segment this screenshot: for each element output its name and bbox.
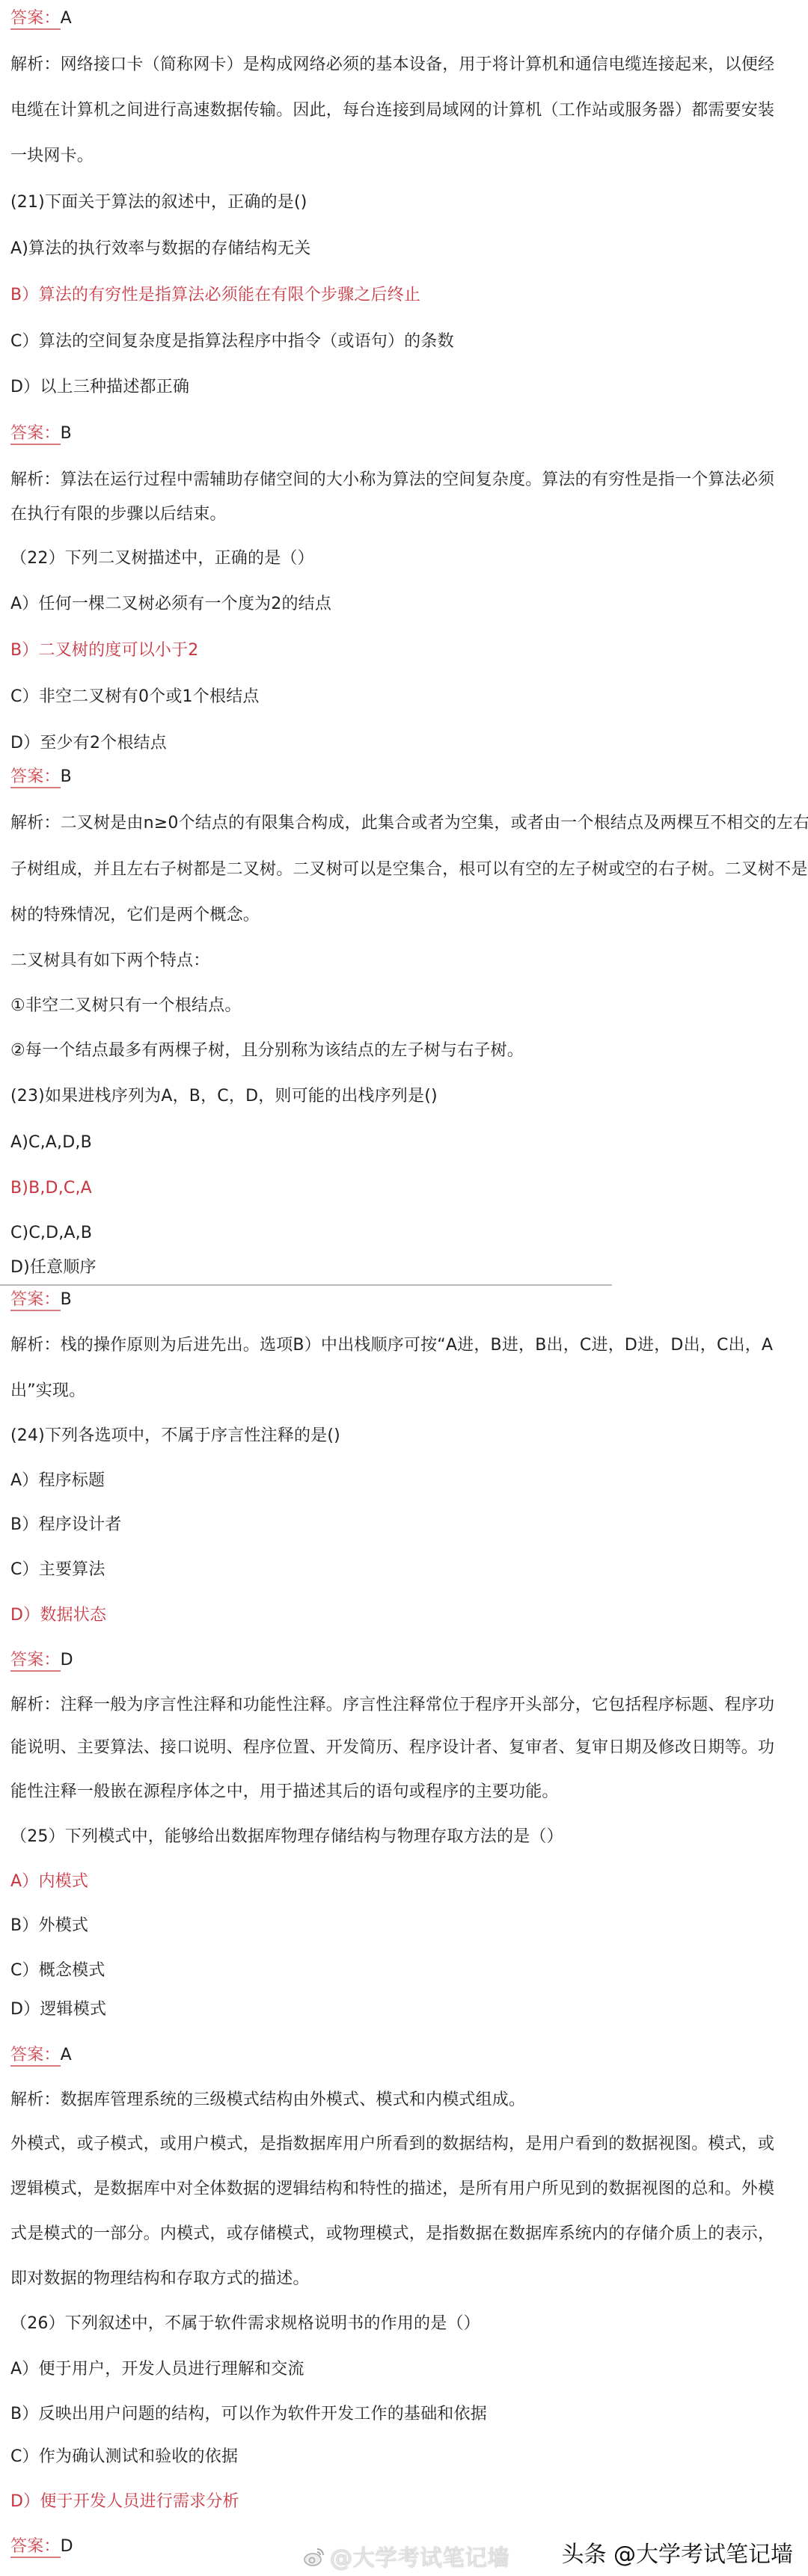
correct-option: D）便于开发人员进行需求分析 (10, 2491, 239, 2513)
option: C）概念模式 (10, 1960, 105, 1982)
correct-option: A）内模式 (10, 1871, 88, 1893)
weibo-icon (303, 2546, 325, 2569)
explanation-text: 解析：网络接口卡（简称网卡）是构成网络必须的基本设备，用于将计算机和通信电缆连接… (10, 54, 774, 76)
option: A）便于用户，开发人员进行理解和交流 (10, 2358, 304, 2381)
answer-separator: ： (43, 2046, 60, 2064)
question-stem: (21)下面关于算法的叙述中，正确的是() (10, 191, 307, 214)
answer-line: 答案：B (10, 1289, 72, 1311)
answer-label-text: 答案 (10, 767, 43, 786)
option: C）作为确认测试和验收的依据 (10, 2446, 238, 2468)
text-line: 子树组成，并且左右子树都是二叉树。二叉树可以是空集合，根可以有空的左子树或空的右… (10, 859, 808, 881)
option: C）主要算法 (10, 1559, 105, 1581)
text-line: 电缆在计算机之间进行高速数据传输。因此，每台连接到局域网的计算机（工作站或服务器… (10, 99, 774, 122)
correct-option: B）算法的有穷性是指算法必须能在有限个步骤之后终止 (10, 284, 420, 307)
answer-separator: ： (43, 9, 60, 28)
text-line: 即对数据的物理结构和存取方式的描述。 (10, 2268, 310, 2290)
text-line: 能说明、主要算法、接口说明、程序位置、开发简历、程序设计者、复审者、复审日期及修… (10, 1737, 774, 1759)
answer-value: B (61, 424, 72, 443)
text-line: 二叉树具有如下两个特点： (10, 950, 209, 972)
explanation-text: 解析：注释一般为序言性注释和功能性注释。序言性注释常位于程序开头部分，它包括程序… (10, 1694, 774, 1717)
text-line: 式是模式的一部分。内模式，或存储模式，或物理模式，是指数据在数据库系统内的存储介… (10, 2223, 774, 2245)
explanation-text: 解析：栈的操作原则为后进先出。选项B）中出栈顺序可按“A进，B进，B出，C进，D… (10, 1334, 773, 1357)
explanation-text: 解析：二叉树是由n≥0个结点的有限集合构成，此集合或者为空集，或者由一个根结点及… (10, 812, 808, 835)
answer-label-text: 答案 (10, 2046, 43, 2064)
answer-separator: ： (43, 2537, 60, 2556)
answer-label: 答案： (10, 424, 61, 445)
answer-label: 答案： (10, 1651, 61, 1672)
answer-value: D (61, 2537, 73, 2556)
answer-label-text: 答案 (10, 9, 43, 28)
option: A）程序标题 (10, 1470, 105, 1492)
correct-option: B)B,D,C,A (10, 1177, 92, 1200)
answer-value: A (61, 9, 72, 28)
weibo-watermark: @大学考试笔记墙 (303, 2539, 509, 2572)
answer-label-text: 答案 (10, 1651, 43, 1669)
answer-value: D (61, 1651, 73, 1669)
question-stem: （26）下列叙述中，不属于软件需求规格说明书的作用的是（） (10, 2313, 480, 2335)
explanation-text: 解析：算法在运行过程中需辅助存储空间的大小称为算法的空间复杂度。算法的有穷性是指… (10, 469, 774, 491)
answer-line: 答案：A (10, 2044, 72, 2067)
explanation-text: 解析：数据库管理系统的三级模式结构由外模式、模式和内模式组成。 (10, 2089, 525, 2112)
option: B）程序设计者 (10, 1514, 122, 1536)
text-line: 一块网卡。 (10, 145, 94, 168)
text-line: 能性注释一般嵌在源程序体之中，用于描述其后的语句或程序的主要功能。 (10, 1781, 559, 1803)
toutiao-watermark: 头条 @大学考试笔记墙 (561, 2536, 793, 2569)
answer-value: A (61, 2046, 72, 2064)
answer-separator: ： (43, 1651, 60, 1669)
answer-value: B (61, 1290, 72, 1309)
answer-label: 答案： (10, 9, 61, 30)
option: C）非空二叉树有0个或1个根结点 (10, 686, 260, 708)
text-line: ①非空二叉树只有一个根结点。 (10, 995, 242, 1017)
answer-label: 答案： (10, 767, 61, 788)
answer-line: 答案：D (10, 2536, 73, 2558)
answer-label: 答案： (10, 2046, 61, 2067)
answer-label-text: 答案 (10, 2537, 43, 2556)
option: B）反映出用户问题的结构，可以作为软件开发工作的基础和依据 (10, 2403, 487, 2426)
text-line: 出”实现。 (10, 1380, 85, 1402)
answer-line: 答案：D (10, 1649, 73, 1672)
correct-option: D）数据状态 (10, 1604, 106, 1627)
question-stem: （22）下列二叉树描述中，正确的是（） (10, 548, 314, 570)
correct-option: B）二叉树的度可以小于2 (10, 640, 199, 662)
option: B）外模式 (10, 1915, 88, 1937)
text-line: 逻辑模式，是数据库中对全体数据的逻辑结构和特性的描述，是所有用户所见到的数据视图… (10, 2178, 774, 2201)
answer-separator: ： (43, 424, 60, 443)
question-stem: (24)下列各选项中，不属于序言性注释的是() (10, 1425, 340, 1447)
answer-label-text: 答案 (10, 424, 43, 443)
answer-line: 答案：A (10, 7, 72, 30)
divider-line (0, 1284, 612, 1286)
answer-line: 答案：B (10, 423, 72, 445)
answer-separator: ： (43, 767, 60, 786)
option: D）以上三种描述都正确 (10, 376, 189, 399)
text-line: 树的特殊情况，它们是两个概念。 (10, 904, 260, 927)
option: C)C,D,A,B (10, 1222, 92, 1245)
option: A)算法的执行效率与数据的存储结构无关 (10, 238, 310, 260)
answer-separator: ： (43, 1290, 60, 1309)
option: A)C,A,D,B (10, 1132, 92, 1154)
weibo-watermark-text: @大学考试笔记墙 (330, 2545, 509, 2572)
answer-value: B (61, 767, 72, 786)
text-line: ②每一个结点最多有两棵子树，且分别称为该结点的左子树与右子树。 (10, 1040, 524, 1062)
question-stem: (23)如果进栈序列为A，B，C，D，则可能的出栈序列是() (10, 1085, 438, 1108)
option: A）任何一棵二叉树必须有一个度为2的结点 (10, 593, 331, 616)
question-stem: （25）下列模式中，能够给出数据库物理存储结构与物理存取方法的是（） (10, 1826, 563, 1848)
option: C）算法的空间复杂度是指算法程序中指令（或语句）的条数 (10, 331, 454, 353)
option: D)任意顺序 (10, 1257, 97, 1279)
answer-line: 答案：B (10, 766, 72, 788)
text-line: 在执行有限的步骤以后结束。 (10, 503, 227, 526)
answer-label: 答案： (10, 2537, 61, 2558)
answer-label: 答案： (10, 1290, 61, 1311)
text-line: 外模式，或子模式，或用户模式，是指数据库用户所看到的数据结构，是用户看到的数据视… (10, 2133, 774, 2156)
option: D）逻辑模式 (10, 1999, 106, 2021)
answer-label-text: 答案 (10, 1290, 43, 1309)
option: D）至少有2个根结点 (10, 732, 167, 755)
